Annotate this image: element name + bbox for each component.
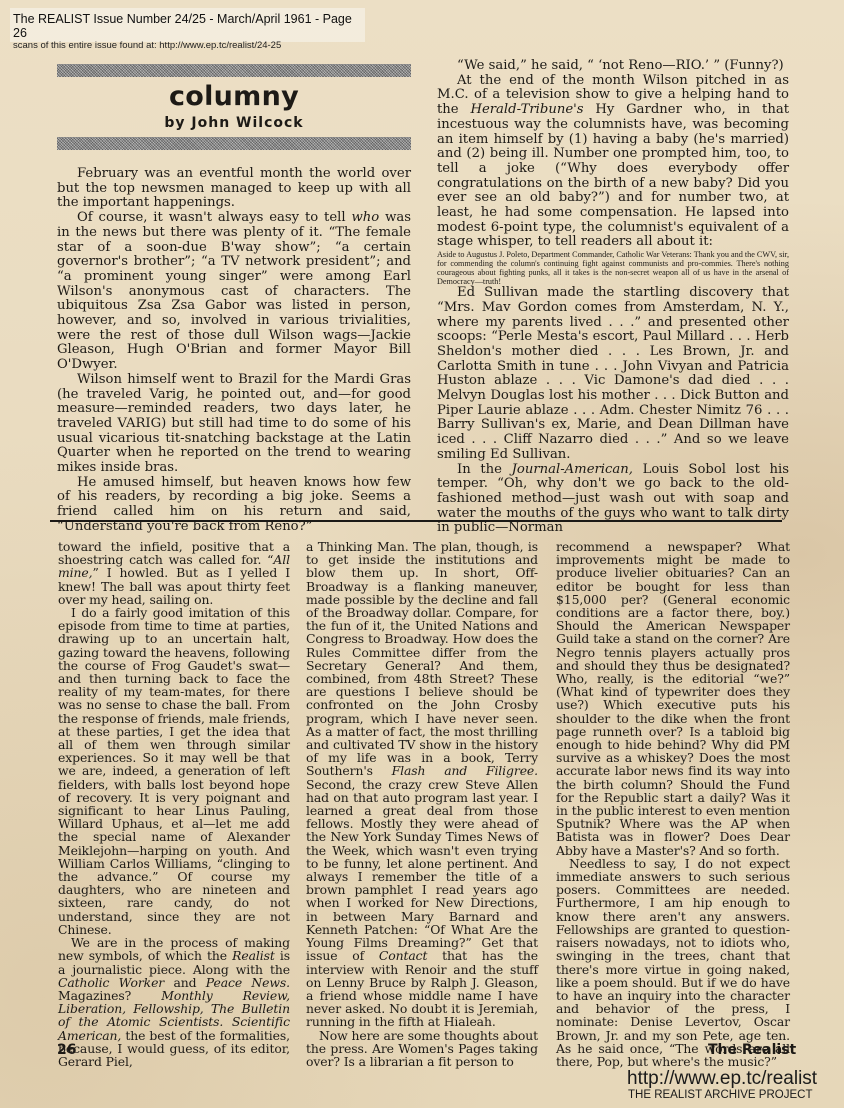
column-bottom-3: recommend a newspaper? What improvements… [556,540,790,1068]
paragraph: Now here are some thoughts about the pre… [306,1029,538,1069]
article-title: columny [57,82,411,112]
small-type-aside: Aside to Augustus J. Poleto, Department … [437,250,789,286]
paragraph: In the Journal-American, Louis Sobol los… [437,463,789,537]
archive-scans-link[interactable]: scans of this entire issue found at: htt… [13,40,362,52]
paragraph: Needless to say, I do not expect immedia… [556,857,790,1068]
column-top-left: February was an eventful month the world… [57,167,411,535]
column-bottom-1: toward the infield, positive that a shoe… [58,540,290,1068]
paragraph: Wilson himself went to Brazil for the Ma… [57,373,411,476]
archive-project-label: THE REALIST ARCHIVE PROJECT [628,1089,812,1101]
column-top-right: “We said,” he said, “ ‘not Reno—RIO.’ ” … [437,59,789,536]
paragraph: a Thinking Man. The plan, though, is to … [306,540,538,1029]
paragraph: Of course, it wasn't always easy to tell… [57,211,411,373]
paragraph: “We said,” he said, “ ‘not Reno—RIO.’ ” … [437,59,789,74]
paragraph: February was an eventful month the world… [57,167,411,211]
section-divider-rule [50,520,782,522]
magazine-name-footer: The Realist [708,1042,796,1058]
archive-header: The REALIST Issue Number 24/25 - March/A… [10,8,365,42]
halftone-banner-bottom [57,137,411,150]
archive-issue-title: The REALIST Issue Number 24/25 - March/A… [13,12,362,40]
paragraph: He amused himself, but heaven knows how … [57,476,411,535]
archive-url-link[interactable]: http://www.ep.tc/realist [627,1068,817,1090]
paragraph: At the end of the month Wilson pitched i… [437,74,789,250]
page-number: 26 [57,1042,76,1058]
paragraph: toward the infield, positive that a shoe… [58,540,290,606]
column-bottom-2: a Thinking Man. The plan, though, is to … [306,540,538,1068]
article-byline: by John Wilcock [57,114,411,132]
paragraph: I do a fairly good imitation of this epi… [58,606,290,936]
halftone-banner-top [57,64,411,77]
paragraph: Ed Sullivan made the startling discovery… [437,286,789,462]
paragraph: We are in the process of making new symb… [58,936,290,1068]
paragraph: recommend a newspaper? What improvements… [556,540,790,857]
